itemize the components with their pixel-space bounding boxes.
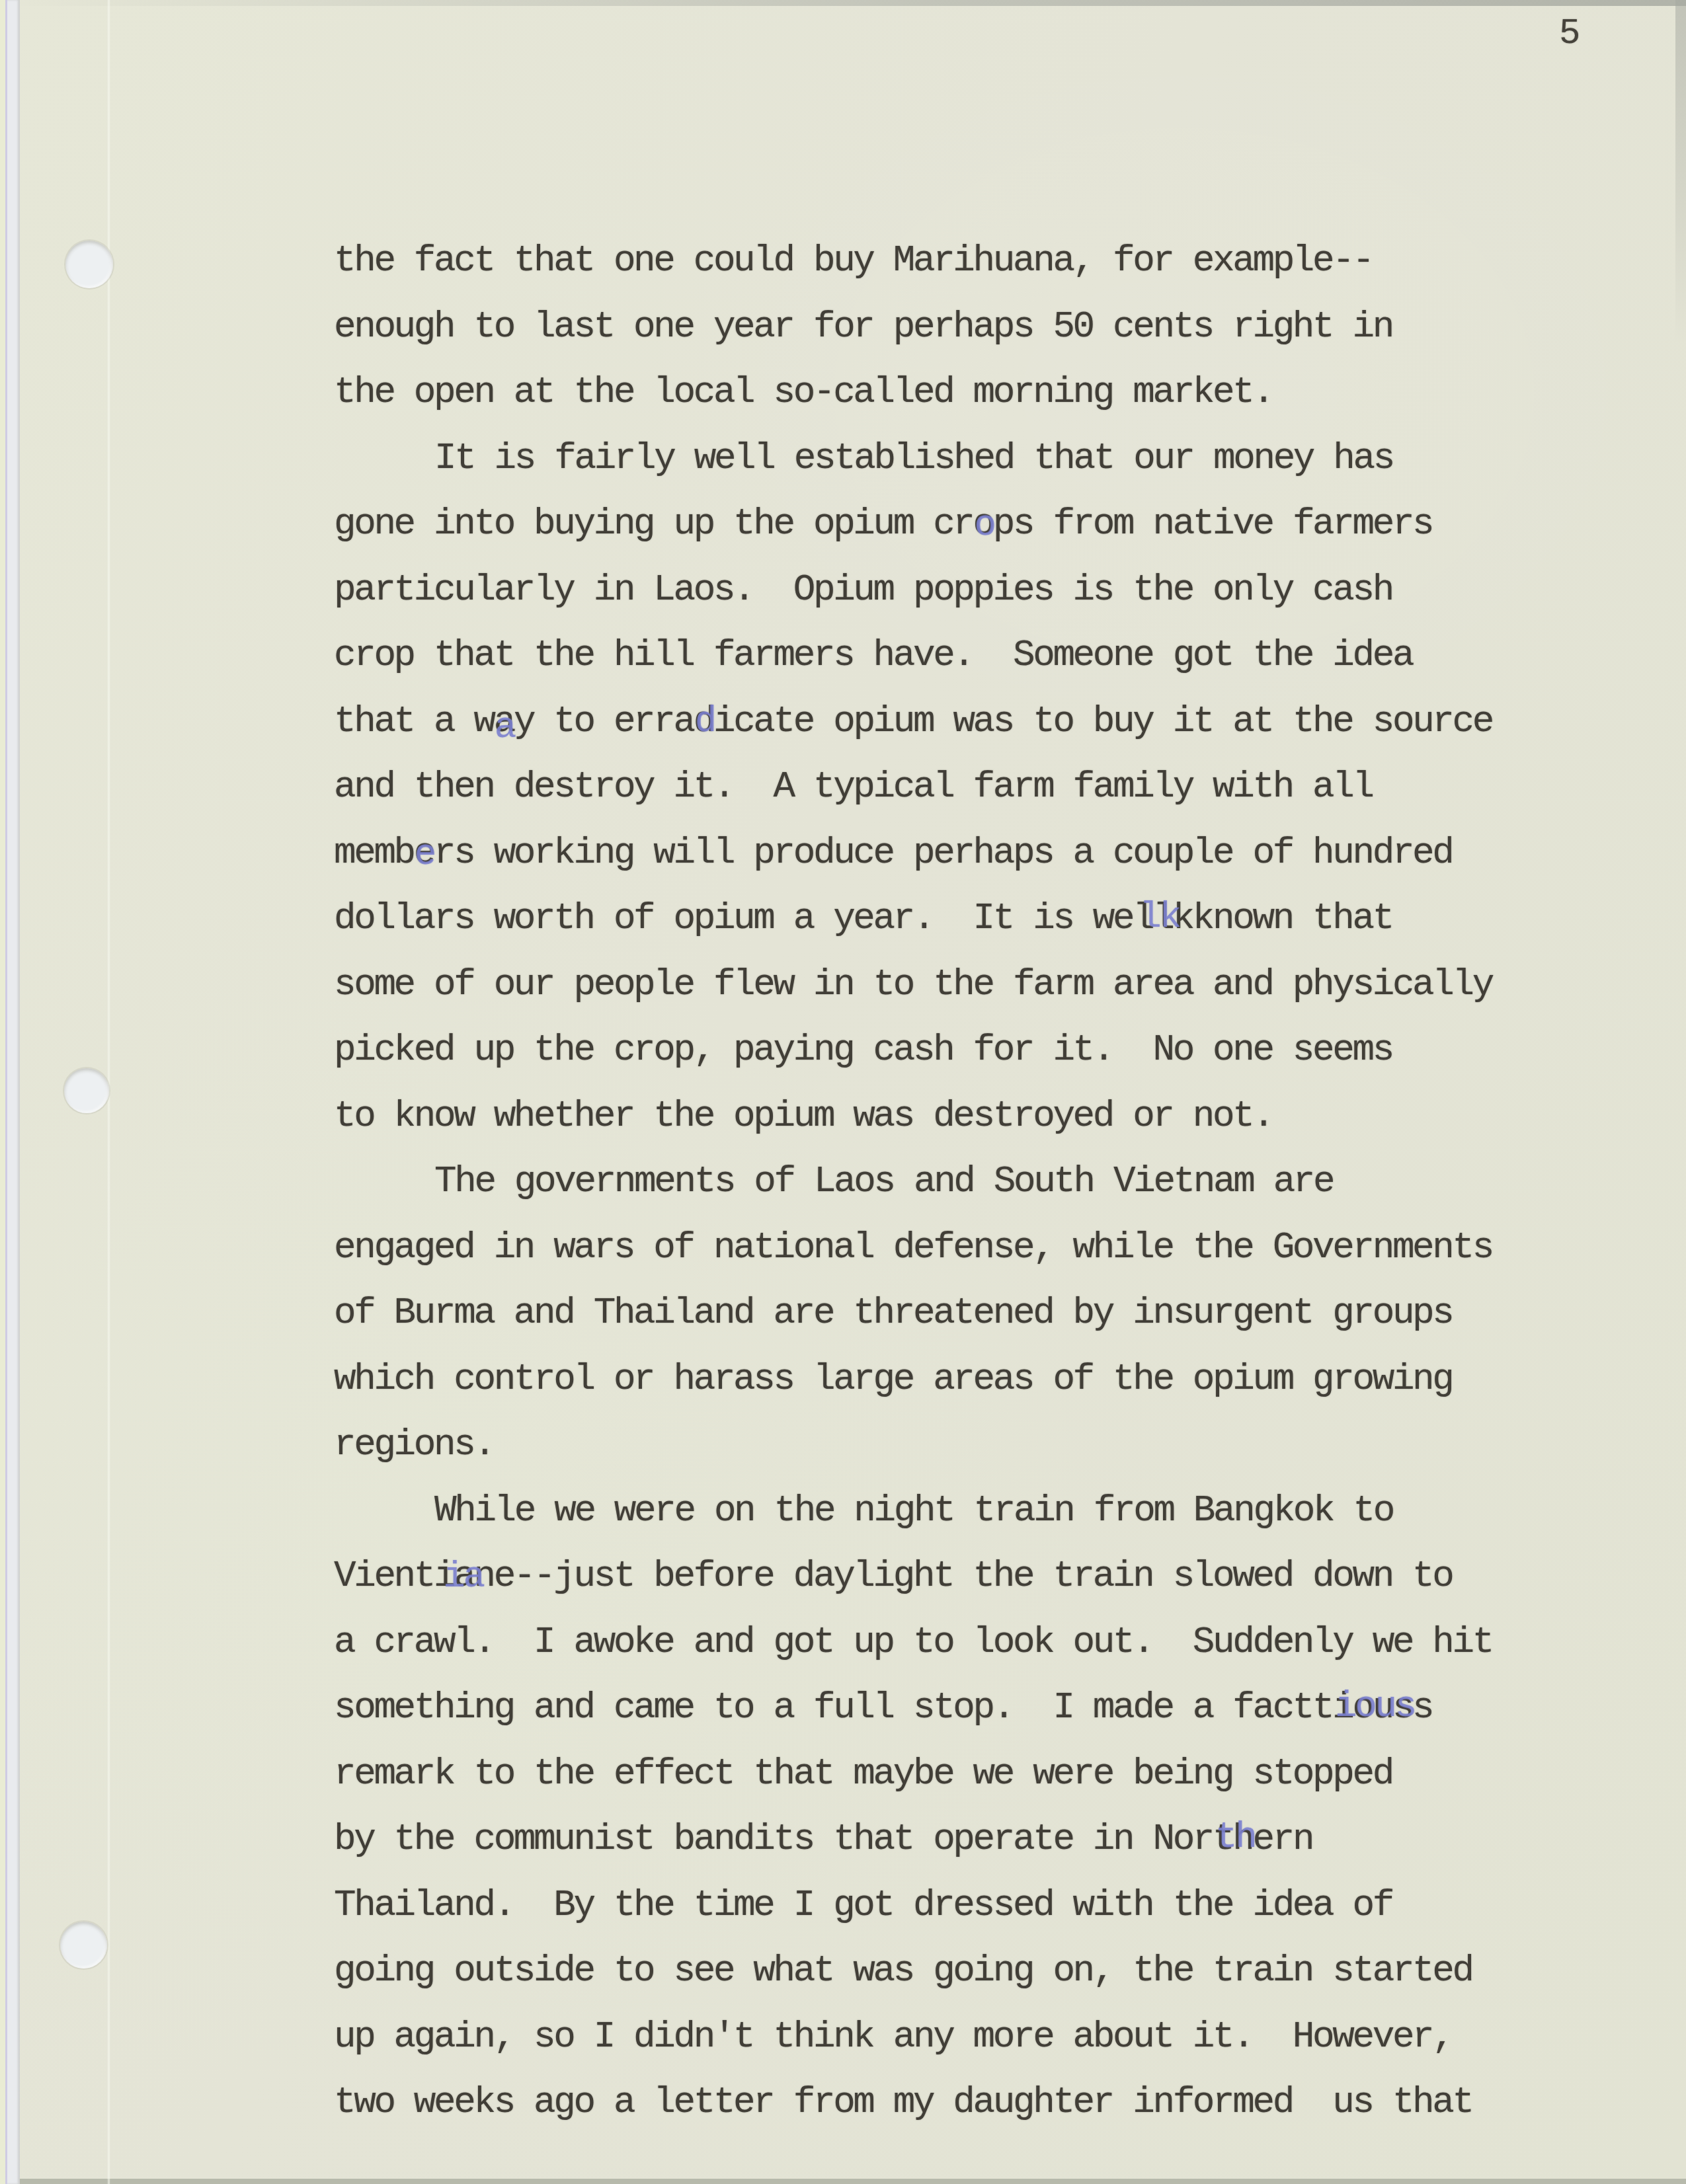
blue-correction-overlay: d (695, 689, 715, 755)
overstrike-correction: tioussious (1312, 1675, 1432, 1741)
line-text: up again, so I didn't think any more abo… (334, 2015, 1453, 2058)
typewritten-line: While we were on the night train from Ba… (334, 1478, 1590, 1544)
line-text: engaged in wars of national defense, whi… (334, 1226, 1492, 1268)
line-text: which control or harass large areas of t… (334, 1358, 1453, 1400)
text-block: the fact that one could buy Marihuana, f… (334, 228, 1590, 2136)
hole-punch-bottom (60, 1922, 107, 1969)
typewritten-line: The governments of Laos and South Vietna… (334, 1149, 1590, 1215)
line-text: It is fairly well established that our m… (434, 437, 1393, 479)
line-text: crop that the hill farmers have. Someone… (334, 634, 1412, 676)
line-text: gone into buying up the opium cr (334, 502, 973, 545)
typewritten-line: gone into buying up the opium croops fro… (334, 491, 1590, 557)
binding-edge-strip (0, 0, 5, 2184)
overstrike-correction: llklk (1133, 886, 1193, 952)
line-text: regions. (334, 1423, 494, 1465)
line-text: The governments of Laos and South Vietna… (434, 1160, 1333, 1202)
overstrike-correction: oo (973, 491, 993, 557)
line-text: the fact that one could buy Marihuana, f… (334, 239, 1373, 282)
line-text: the open at the local so-called morning … (334, 371, 1273, 413)
typewritten-line: the fact that one could buy Marihuana, f… (334, 228, 1590, 294)
line-text: icate opium was to buy it at the source (713, 700, 1492, 742)
line-text: by the communist bandits that operate in… (334, 1818, 1213, 1860)
line-text: and then destroy it. A typical farm fami… (334, 765, 1373, 808)
typewritten-line: It is fairly well established that our m… (334, 426, 1590, 492)
typewritten-line: regions. (334, 1412, 1590, 1478)
typewritten-line: the open at the local so-called morning … (334, 360, 1590, 426)
hole-punch-middle (64, 1068, 109, 1113)
line-text: to know whether the opium was destroyed … (334, 1095, 1273, 1137)
line-text: something and came to a full stop. I mad… (334, 1686, 1312, 1729)
line-text: y to erra (514, 700, 694, 742)
scan-top-edge-shadow (0, 0, 1686, 6)
line-text: remark to the effect that maybe we were … (334, 1752, 1392, 1795)
line-text: going outside to see what was going on, … (334, 1949, 1472, 1992)
line-text: Thailand. By the time I got dressed with… (334, 1884, 1392, 1926)
blue-correction-overlay: ious (1335, 1674, 1415, 1740)
line-text: ern (1252, 1818, 1312, 1860)
typewritten-line: to know whether the opium was destroyed … (334, 1083, 1590, 1150)
line-text: enough to last one year for perhaps 50 c… (334, 305, 1392, 348)
typewritten-line: picked up the crop, paying cash for it. … (334, 1017, 1590, 1083)
overstrike-correction: aia (454, 1543, 473, 1610)
overstrike-correction: ee (414, 820, 434, 886)
typewritten-line: crop that the hill farmers have. Someone… (334, 623, 1590, 689)
typewritten-line: a crawl. I awoke and got up to look out.… (334, 1610, 1590, 1676)
line-text: known that (1193, 897, 1392, 939)
typewritten-line: dollars worth of opium a year. It is wel… (334, 886, 1590, 952)
blue-correction-overlay: o (975, 492, 994, 559)
line-text: particularly in Laos. Opium poppies is t… (334, 568, 1392, 611)
overstrike-correction: aa (494, 689, 514, 755)
blue-correction-overlay: ia (443, 1544, 483, 1610)
typewritten-line: of Burma and Thailand are threatened by … (334, 1280, 1590, 1346)
typewritten-line: membeers working will produce perhaps a … (334, 820, 1590, 886)
scanned-page: 5 the fact that one could buy Marihuana,… (0, 0, 1686, 2184)
hole-punch-top (65, 241, 113, 288)
typewritten-line: by the communist bandits that operate in… (334, 1807, 1590, 1873)
typewritten-line: some of our people flew in to the farm a… (334, 952, 1590, 1018)
line-text: some of our people flew in to the farm a… (334, 963, 1492, 1005)
typewritten-line: two weeks ago a letter from my daughter … (334, 2070, 1590, 2136)
blue-correction-overlay: lk (1139, 884, 1179, 951)
typewritten-line: engaged in wars of national defense, whi… (334, 1215, 1590, 1281)
line-text: rs working will produce perhaps a couple… (434, 832, 1452, 874)
typewritten-line: up again, so I didn't think any more abo… (334, 2004, 1590, 2070)
page-number: 5 (1559, 15, 1580, 54)
typewritten-line: that a waay to erraddicate opium was to … (334, 689, 1590, 755)
line-text: dollars worth of opium a year. It is we (334, 897, 1133, 939)
typewritten-line: going outside to see what was going on, … (334, 1938, 1590, 2004)
line-text: two weeks ago a letter from my daughter … (334, 2081, 1472, 2123)
line-text: memb (334, 832, 414, 874)
scan-right-edge-shadow (1675, 0, 1686, 344)
blue-correction-overlay: a (495, 695, 514, 761)
overstrike-correction: thth (1213, 1807, 1252, 1873)
line-text: ps from native farmers (993, 502, 1433, 545)
line-text: picked up the crop, paying cash for it. … (334, 1029, 1392, 1071)
blue-correction-overlay: e (415, 822, 434, 888)
scan-bottom-edge-shadow (0, 2179, 1686, 2184)
typewritten-line: and then destroy it. A typical farm fami… (334, 754, 1590, 820)
line-text: a crawl. I awoke and got up to look out.… (334, 1621, 1492, 1663)
blue-correction-overlay: th (1215, 1805, 1255, 1871)
line-text: ne--just before daylight the train slowe… (473, 1555, 1452, 1597)
line-text: of Burma and Thailand are threatened by … (334, 1292, 1453, 1334)
binding-edge-white-strip (7, 0, 20, 2184)
line-text: Vienti (334, 1555, 454, 1597)
typewritten-line: something and came to a full stop. I mad… (334, 1675, 1590, 1741)
typewritten-line: Vientiaiane--just before daylight the tr… (334, 1543, 1590, 1610)
typewritten-line: remark to the effect that maybe we were … (334, 1741, 1590, 1807)
line-text: that a w (334, 700, 494, 742)
typewritten-line: which control or harass large areas of t… (334, 1346, 1590, 1413)
typewritten-line: enough to last one year for perhaps 50 c… (334, 294, 1590, 360)
typewritten-line: particularly in Laos. Opium poppies is t… (334, 557, 1590, 623)
typewritten-line: Thailand. By the time I got dressed with… (334, 1873, 1590, 1939)
line-text: While we were on the night train from Ba… (434, 1489, 1393, 1532)
overstrike-correction: dd (694, 689, 713, 755)
